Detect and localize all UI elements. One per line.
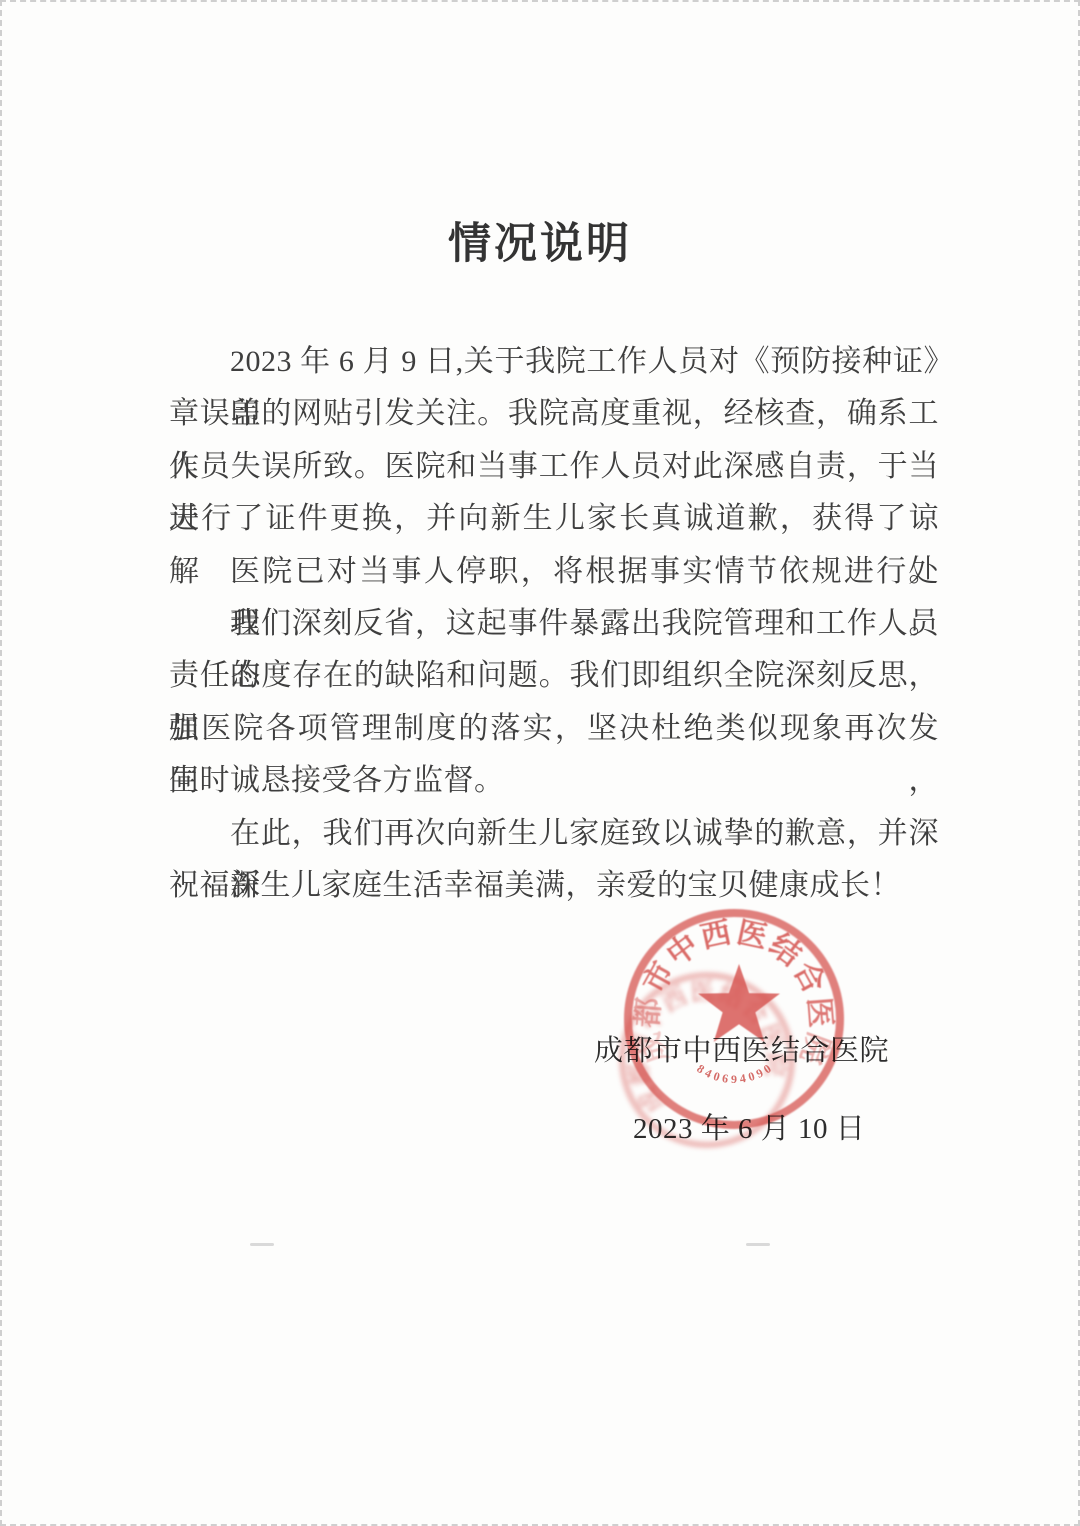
signature-date: 2023 年 6 月 10 日	[633, 1106, 865, 1147]
body-line: 我们深刻反省，这起事件暴露出我院管理和工作人员的	[169, 598, 939, 650]
signature-org-name: 成都市中西医结合医院	[594, 1028, 889, 1069]
body-line: 祝福新生儿家庭生活幸福美满，亲爱的宝贝健康成长！	[169, 860, 939, 912]
body-line: 在此，我们再次向新生儿家庭致以诚挚的歉意，并深深	[169, 808, 939, 860]
body-line: 章误盖的网贴引发关注。我院高度重视，经核查，确系工作	[169, 388, 939, 440]
body-line: 医院已对当事人停职，将根据事实情节依规进行处理。	[169, 546, 939, 598]
body-line: 强医院各项管理制度的落实，坚决杜绝类似现象再次发生，	[169, 703, 939, 755]
body-line: 人员失误所致。医院和当事工作人员对此深感自责，于当天	[169, 441, 939, 493]
scan-artifact-dash	[250, 1243, 274, 1246]
scanned-document-page: 情况说明 2023 年 6 月 9 日,关于我院工作人员对《预防接种证》印章误盖…	[0, 0, 1080, 1526]
document-body: 2023 年 6 月 9 日,关于我院工作人员对《预防接种证》印章误盖的网贴引发…	[169, 336, 939, 912]
body-line: 进行了证件更换，并向新生儿家长真诚道歉，获得了谅解。	[169, 493, 939, 545]
official-seal-stamp: 成都市中西医结合医院 成都市中西医结合医院 090496048	[624, 909, 844, 1129]
body-line: 责任态度存在的缺陷和问题。我们即组织全院深刻反思，加	[169, 650, 939, 702]
scan-artifact-dash	[746, 1243, 770, 1246]
body-line: 2023 年 6 月 9 日,关于我院工作人员对《预防接种证》印	[169, 336, 939, 388]
seal-serial-layer: 090496048	[624, 909, 844, 1129]
document-title: 情况说明	[2, 210, 1078, 271]
